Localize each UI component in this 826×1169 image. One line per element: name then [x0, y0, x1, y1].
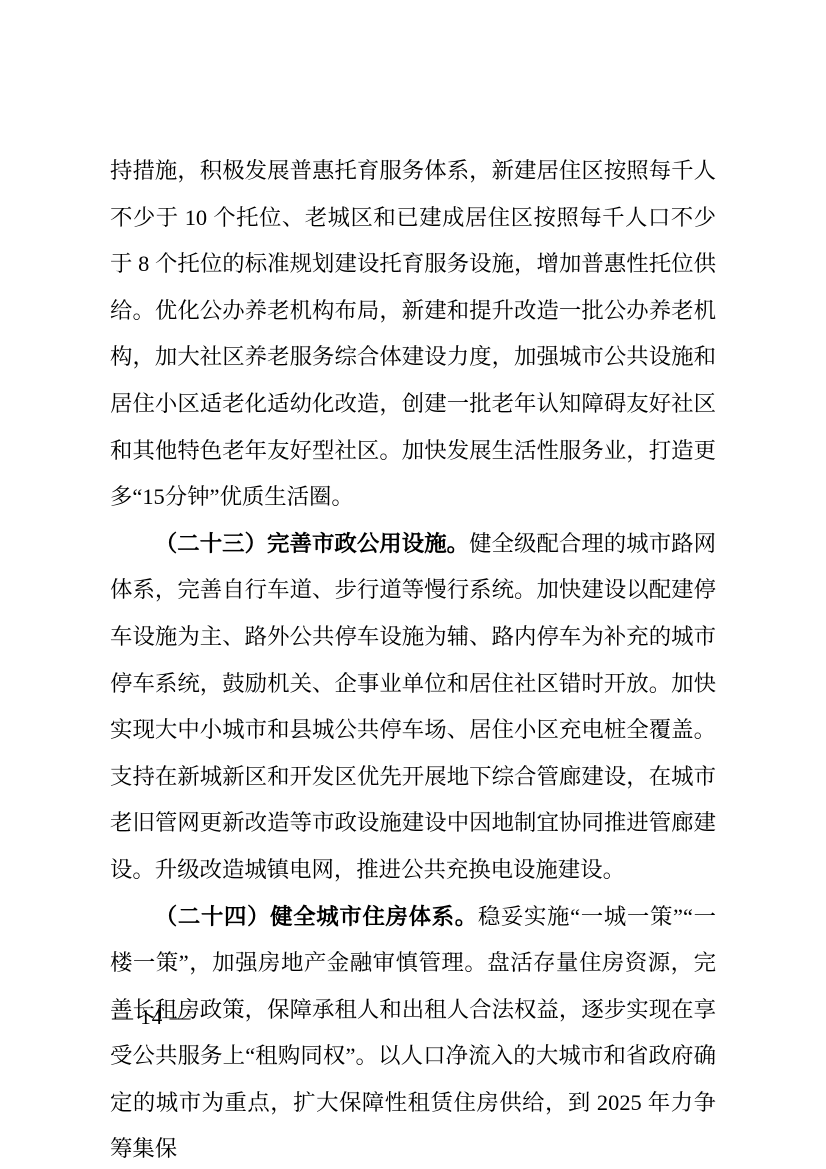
paragraph-text: 稳妥实施“一城一策”“一楼一策”，加强房地产金融审慎管理。盘活存量住房资源，完善…: [110, 904, 716, 1162]
paragraph-text: 持措施，积极发展普惠托育服务体系，新建居住区按照每千人不少于 10 个托位、老城…: [110, 158, 716, 509]
page-number-text: — 14 —: [112, 1005, 192, 1029]
paragraph-section-24: （二十四）健全城市住房体系。稳妥实施“一城一策”“一楼一策”，加强房地产金融审慎…: [110, 894, 716, 1169]
section-24-heading: （二十四）健全城市住房体系。: [155, 904, 478, 929]
section-23-heading: （二十三）完善市政公用设施。: [155, 531, 469, 556]
page-number: — 14 —: [112, 1001, 192, 1033]
paragraph-section-23: （二十三）完善市政公用设施。健全级配合理的城市路网体系，完善自行车道、步行道等慢…: [110, 521, 716, 894]
paragraph-continuation: 持措施，积极发展普惠托育服务体系，新建居住区按照每千人不少于 10 个托位、老城…: [110, 148, 716, 521]
document-page: 持措施，积极发展普惠托育服务体系，新建居住区按照每千人不少于 10 个托位、老城…: [0, 0, 826, 1169]
document-body: 持措施，积极发展普惠托育服务体系，新建居住区按照每千人不少于 10 个托位、老城…: [110, 148, 716, 1169]
paragraph-text: 健全级配合理的城市路网体系，完善自行车道、步行道等慢行系统。加快建设以配建停车设…: [110, 531, 716, 882]
